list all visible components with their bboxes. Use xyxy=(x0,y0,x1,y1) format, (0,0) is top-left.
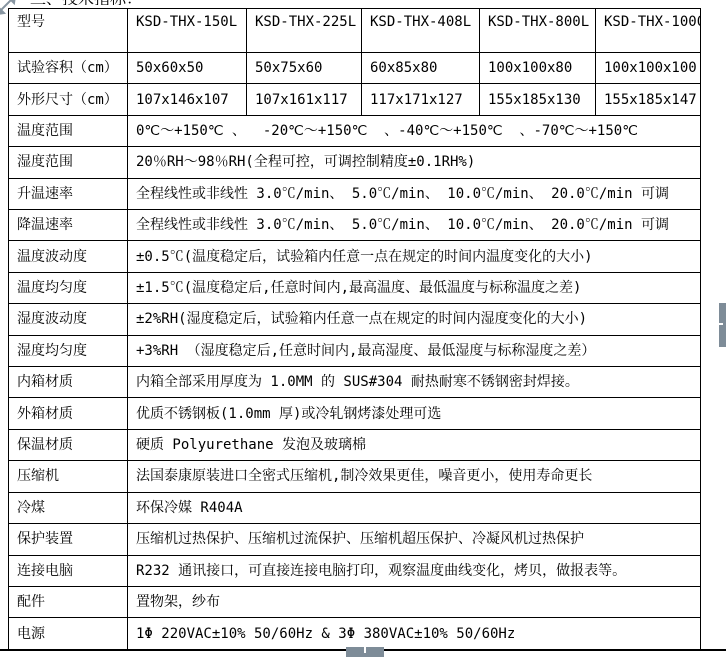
span-value-cell: ±2%RH(湿度稳定后，试验箱内任意一点在规定的时间内湿度变化的大小) xyxy=(128,304,701,335)
table-row-temp-range: 温度范围 0℃～+150℃ 、 -20℃～+150℃ 、-40℃～+150℃ 、… xyxy=(9,115,701,146)
span-value-cell: 1Φ 220VAC±10% 50/60Hz & 3Φ 380VAC±10% 50… xyxy=(128,618,701,650)
value-cell: 100x100x80 xyxy=(480,53,596,84)
value-cell: 117x171x127 xyxy=(362,84,480,115)
row-label: 电源 xyxy=(9,618,128,650)
row-label: 配件 xyxy=(9,586,128,617)
row-label: 温度波动度 xyxy=(9,241,128,272)
span-value-cell: 内箱全部采用厚度为 1.0MM 的 SUS#304 耐热耐寒不锈钢密封焊接。 xyxy=(128,367,701,398)
span-value-cell: 环保冷媒 R404A xyxy=(128,492,701,523)
row-label: 连接电脑 xyxy=(9,555,128,586)
row-label: 试验容积（cm） xyxy=(9,53,128,84)
span-value-cell: 硬质 Polyurethane 发泡及玻璃棉 xyxy=(128,429,701,460)
value-cell: 60x85x80 xyxy=(362,53,480,84)
span-value-cell: ±0.5℃(温度稳定后，试验箱内任意一点在规定的时间内温度变化的大小) xyxy=(128,241,701,272)
value-cell: 50x60x50 xyxy=(128,53,247,84)
table-row-humidity-fluctuation: 湿度波动度 ±2%RH(湿度稳定后，试验箱内任意一点在规定的时间内湿度变化的大小… xyxy=(9,304,701,335)
model-cell: KSD-THX-225L xyxy=(247,9,362,53)
spec-table: 型号 KSD-THX-150L KSD-THX-225L KSD-THX-408… xyxy=(8,8,701,650)
page-canvas: 三、技术指标： 型号 KSD-THX-150L KSD-THX-225L KSD… xyxy=(0,0,726,657)
resize-handle-bottom[interactable] xyxy=(346,647,384,657)
resize-handle-right[interactable] xyxy=(719,303,726,347)
span-value-cell: 置物架，纱布 xyxy=(128,586,701,617)
row-label: 温度均匀度 xyxy=(9,272,128,303)
row-label: 外形尺寸（cm） xyxy=(9,84,128,115)
span-value-cell: 压缩机过热保护、压缩机过流保护、压缩机超压保护、冷凝风机过热保护 xyxy=(128,524,701,555)
model-cell: KSD-THX-1000L xyxy=(596,9,701,53)
row-label: 压缩机 xyxy=(9,461,128,492)
table-row-temp-uniformity: 温度均匀度 ±1.5℃(温度稳定后,任意时间内,最高温度、最低温度与标称温度之差… xyxy=(9,272,701,303)
value-cell: 50x75x60 xyxy=(247,53,362,84)
table-row-temp-fluctuation: 温度波动度 ±0.5℃(温度稳定后，试验箱内任意一点在规定的时间内温度变化的大小… xyxy=(9,241,701,272)
clipped-section-heading: 三、技术指标： xyxy=(30,0,142,5)
model-cell: KSD-THX-408L xyxy=(362,9,480,53)
span-value-cell: 全程线性或非线性 3.0℃/min、 5.0℃/min、 10.0℃/min、 … xyxy=(128,178,701,209)
row-label-model: 型号 xyxy=(9,9,128,53)
value-cell: 107x146x107 xyxy=(128,84,247,115)
row-label: 内箱材质 xyxy=(9,367,128,398)
table-row-inner-material: 内箱材质 内箱全部采用厚度为 1.0MM 的 SUS#304 耐热耐寒不锈钢密封… xyxy=(9,367,701,398)
table-row-protection: 保护装置 压缩机过热保护、压缩机过流保护、压缩机超压保护、冷凝风机过热保护 xyxy=(9,524,701,555)
value-cell: 100x100x100 xyxy=(596,53,701,84)
table-row-power: 电源 1Φ 220VAC±10% 50/60Hz & 3Φ 380VAC±10%… xyxy=(9,618,701,650)
span-value-cell: ±1.5℃(温度稳定后,任意时间内,最高温度、最低温度与标称温度之差) xyxy=(128,272,701,303)
row-label: 升温速率 xyxy=(9,178,128,209)
span-value-cell: +3%RH （湿度稳定后,任意时间内,最高湿度、最低湿度与标称湿度之差） xyxy=(128,335,701,366)
span-value-cell: R232 通讯接口，可直接连接电脑打印，观察温度曲线变化，烤贝，做报表等。 xyxy=(128,555,701,586)
value-cell: 155x185x130 xyxy=(480,84,596,115)
table-row-volume: 试验容积（cm） 50x60x50 50x75x60 60x85x80 100x… xyxy=(9,53,701,84)
span-value-cell: 20％RH～98％RH(全程可控，可调控制精度±0.1RH%) xyxy=(128,147,701,178)
handle-tick xyxy=(364,647,366,653)
row-label: 降温速率 xyxy=(9,210,128,241)
row-label: 外箱材质 xyxy=(9,398,128,429)
row-label: 湿度均匀度 xyxy=(9,335,128,366)
table-row-heating-rate: 升温速率 全程线性或非线性 3.0℃/min、 5.0℃/min、 10.0℃/… xyxy=(9,178,701,209)
value-cell: 155x185x147 xyxy=(596,84,701,115)
span-value-cell: 全程线性或非线性 3.0℃/min、 5.0℃/min、 10.0℃/min、 … xyxy=(128,210,701,241)
value-cell: 107x161x117 xyxy=(247,84,362,115)
table-row-model: 型号 KSD-THX-150L KSD-THX-225L KSD-THX-408… xyxy=(9,9,701,53)
table-row-accessories: 配件 置物架，纱布 xyxy=(9,586,701,617)
table-row-insulation: 保温材质 硬质 Polyurethane 发泡及玻璃棉 xyxy=(9,429,701,460)
handle-tick xyxy=(719,323,723,325)
row-label: 温度范围 xyxy=(9,115,128,146)
row-label: 湿度范围 xyxy=(9,147,128,178)
span-value-cell: 优质不锈钢板(1.0mm 厚)或冷轧钢烤漆处理可选 xyxy=(128,398,701,429)
span-value-cell: 法国泰康原装进口全密式压缩机,制冷效果更佳，噪音更小，使用寿命更长 xyxy=(128,461,701,492)
table-row-outer-material: 外箱材质 优质不锈钢板(1.0mm 厚)或冷轧钢烤漆处理可选 xyxy=(9,398,701,429)
table-row-dimensions: 外形尺寸（cm） 107x146x107 107x161x117 117x171… xyxy=(9,84,701,115)
span-value-cell: 0℃～+150℃ 、 -20℃～+150℃ 、-40℃～+150℃ 、-70℃～… xyxy=(128,115,701,146)
table-row-cooling-rate: 降温速率 全程线性或非线性 3.0℃/min、 5.0℃/min、 10.0℃/… xyxy=(9,210,701,241)
model-cell: KSD-THX-800L xyxy=(480,9,596,53)
table-row-refrigerant: 冷煤 环保冷媒 R404A xyxy=(9,492,701,523)
row-label: 湿度波动度 xyxy=(9,304,128,335)
model-cell: KSD-THX-150L xyxy=(128,9,247,53)
row-label: 保温材质 xyxy=(9,429,128,460)
row-label: 保护装置 xyxy=(9,524,128,555)
table-row-pc-connection: 连接电脑 R232 通讯接口，可直接连接电脑打印，观察温度曲线变化，烤贝，做报表… xyxy=(9,555,701,586)
table-row-humidity-range: 湿度范围 20％RH～98％RH(全程可控，可调控制精度±0.1RH%) xyxy=(9,147,701,178)
table-row-compressor: 压缩机 法国泰康原装进口全密式压缩机,制冷效果更佳，噪音更小，使用寿命更长 xyxy=(9,461,701,492)
table-row-humidity-uniformity: 湿度均匀度 +3%RH （湿度稳定后,任意时间内,最高湿度、最低湿度与标称湿度之… xyxy=(9,335,701,366)
row-label: 冷煤 xyxy=(9,492,128,523)
